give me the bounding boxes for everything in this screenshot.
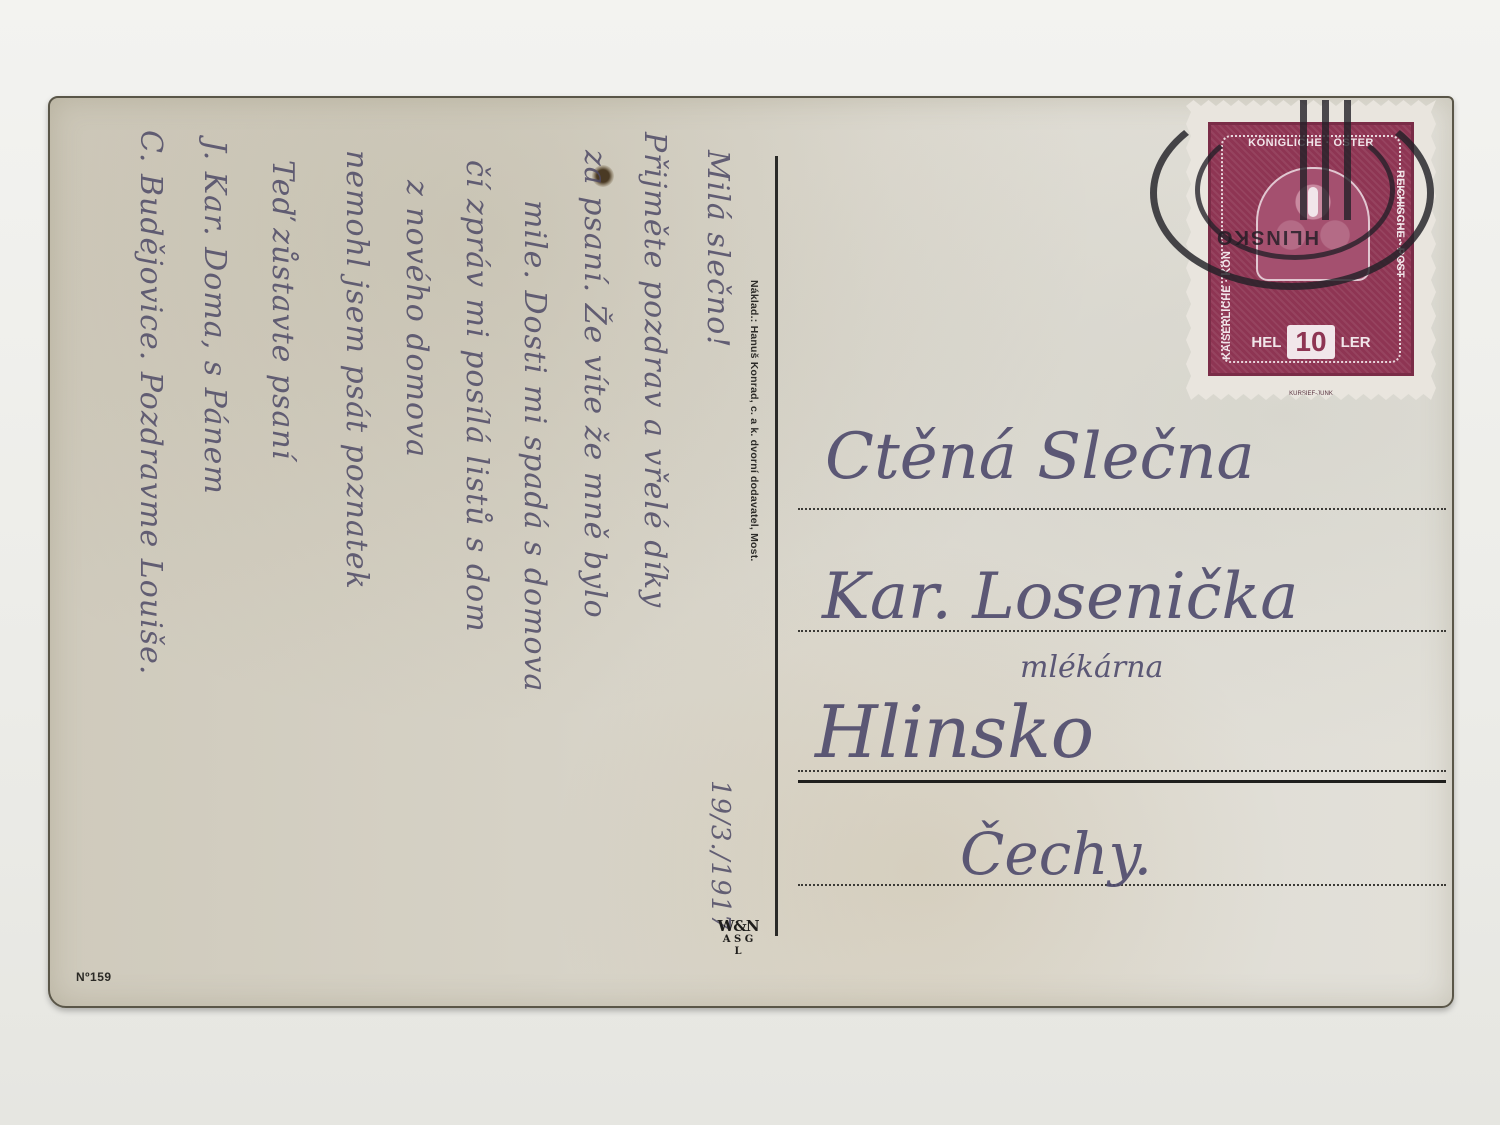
address-recipient: Kar. Losenička	[822, 560, 1298, 634]
message-salutation: Milá slečno!	[700, 150, 735, 348]
address-salutation: Ctěná Slečna	[825, 420, 1255, 494]
logo-bottom: L	[710, 946, 766, 958]
message-signature: C. Budějovice. Pozdravme Louiše.	[133, 130, 168, 675]
message-line: Teď zůstavte psaní	[265, 160, 300, 460]
publisher-logo: W&N A S G L	[710, 918, 766, 974]
message-line: nemohl jsem psát poznatek	[339, 150, 374, 590]
publisher-imprint: Náklad.: Hanuš Konrad, c. a k. dvorní do…	[748, 280, 760, 750]
address-rule	[798, 508, 1446, 510]
center-divider	[775, 156, 778, 936]
card-number: Nº159	[76, 970, 112, 984]
stamp-denomination-row: HEL 10 LER	[1211, 325, 1411, 359]
message-line: J. Kar. Doma, s Pánem	[197, 140, 232, 495]
stamp-denomination: 10	[1287, 325, 1334, 359]
address-town: Hlinsko	[815, 690, 1094, 774]
logo-shields: A S G	[710, 934, 766, 946]
address-recipient-note: mlékárna	[1020, 650, 1163, 685]
postmark-bars	[1300, 100, 1360, 220]
stamp-printer-mark: KURSIEF-JUNK	[1186, 391, 1436, 397]
stamp-currency-right: LER	[1341, 334, 1371, 351]
message-date: 19/3./1917	[705, 780, 735, 932]
message-line: za psaní. Že víte že mně bylo	[577, 150, 612, 619]
message-line: čí zpráv mi posílá listů s dom	[459, 160, 494, 633]
message-line: mile. Dosti mi spadá s domova	[517, 200, 552, 692]
postmark-text: HLINSKO	[1215, 225, 1319, 248]
logo-monogram: W&N	[710, 918, 766, 934]
address-country: Čechy.	[960, 820, 1152, 888]
stamp-currency-left: HEL	[1251, 334, 1281, 351]
message-line: z nového domova	[399, 180, 434, 458]
message-line: Přijměte pozdrav a vřelé díky	[637, 132, 672, 608]
address-rule-solid	[798, 780, 1446, 783]
